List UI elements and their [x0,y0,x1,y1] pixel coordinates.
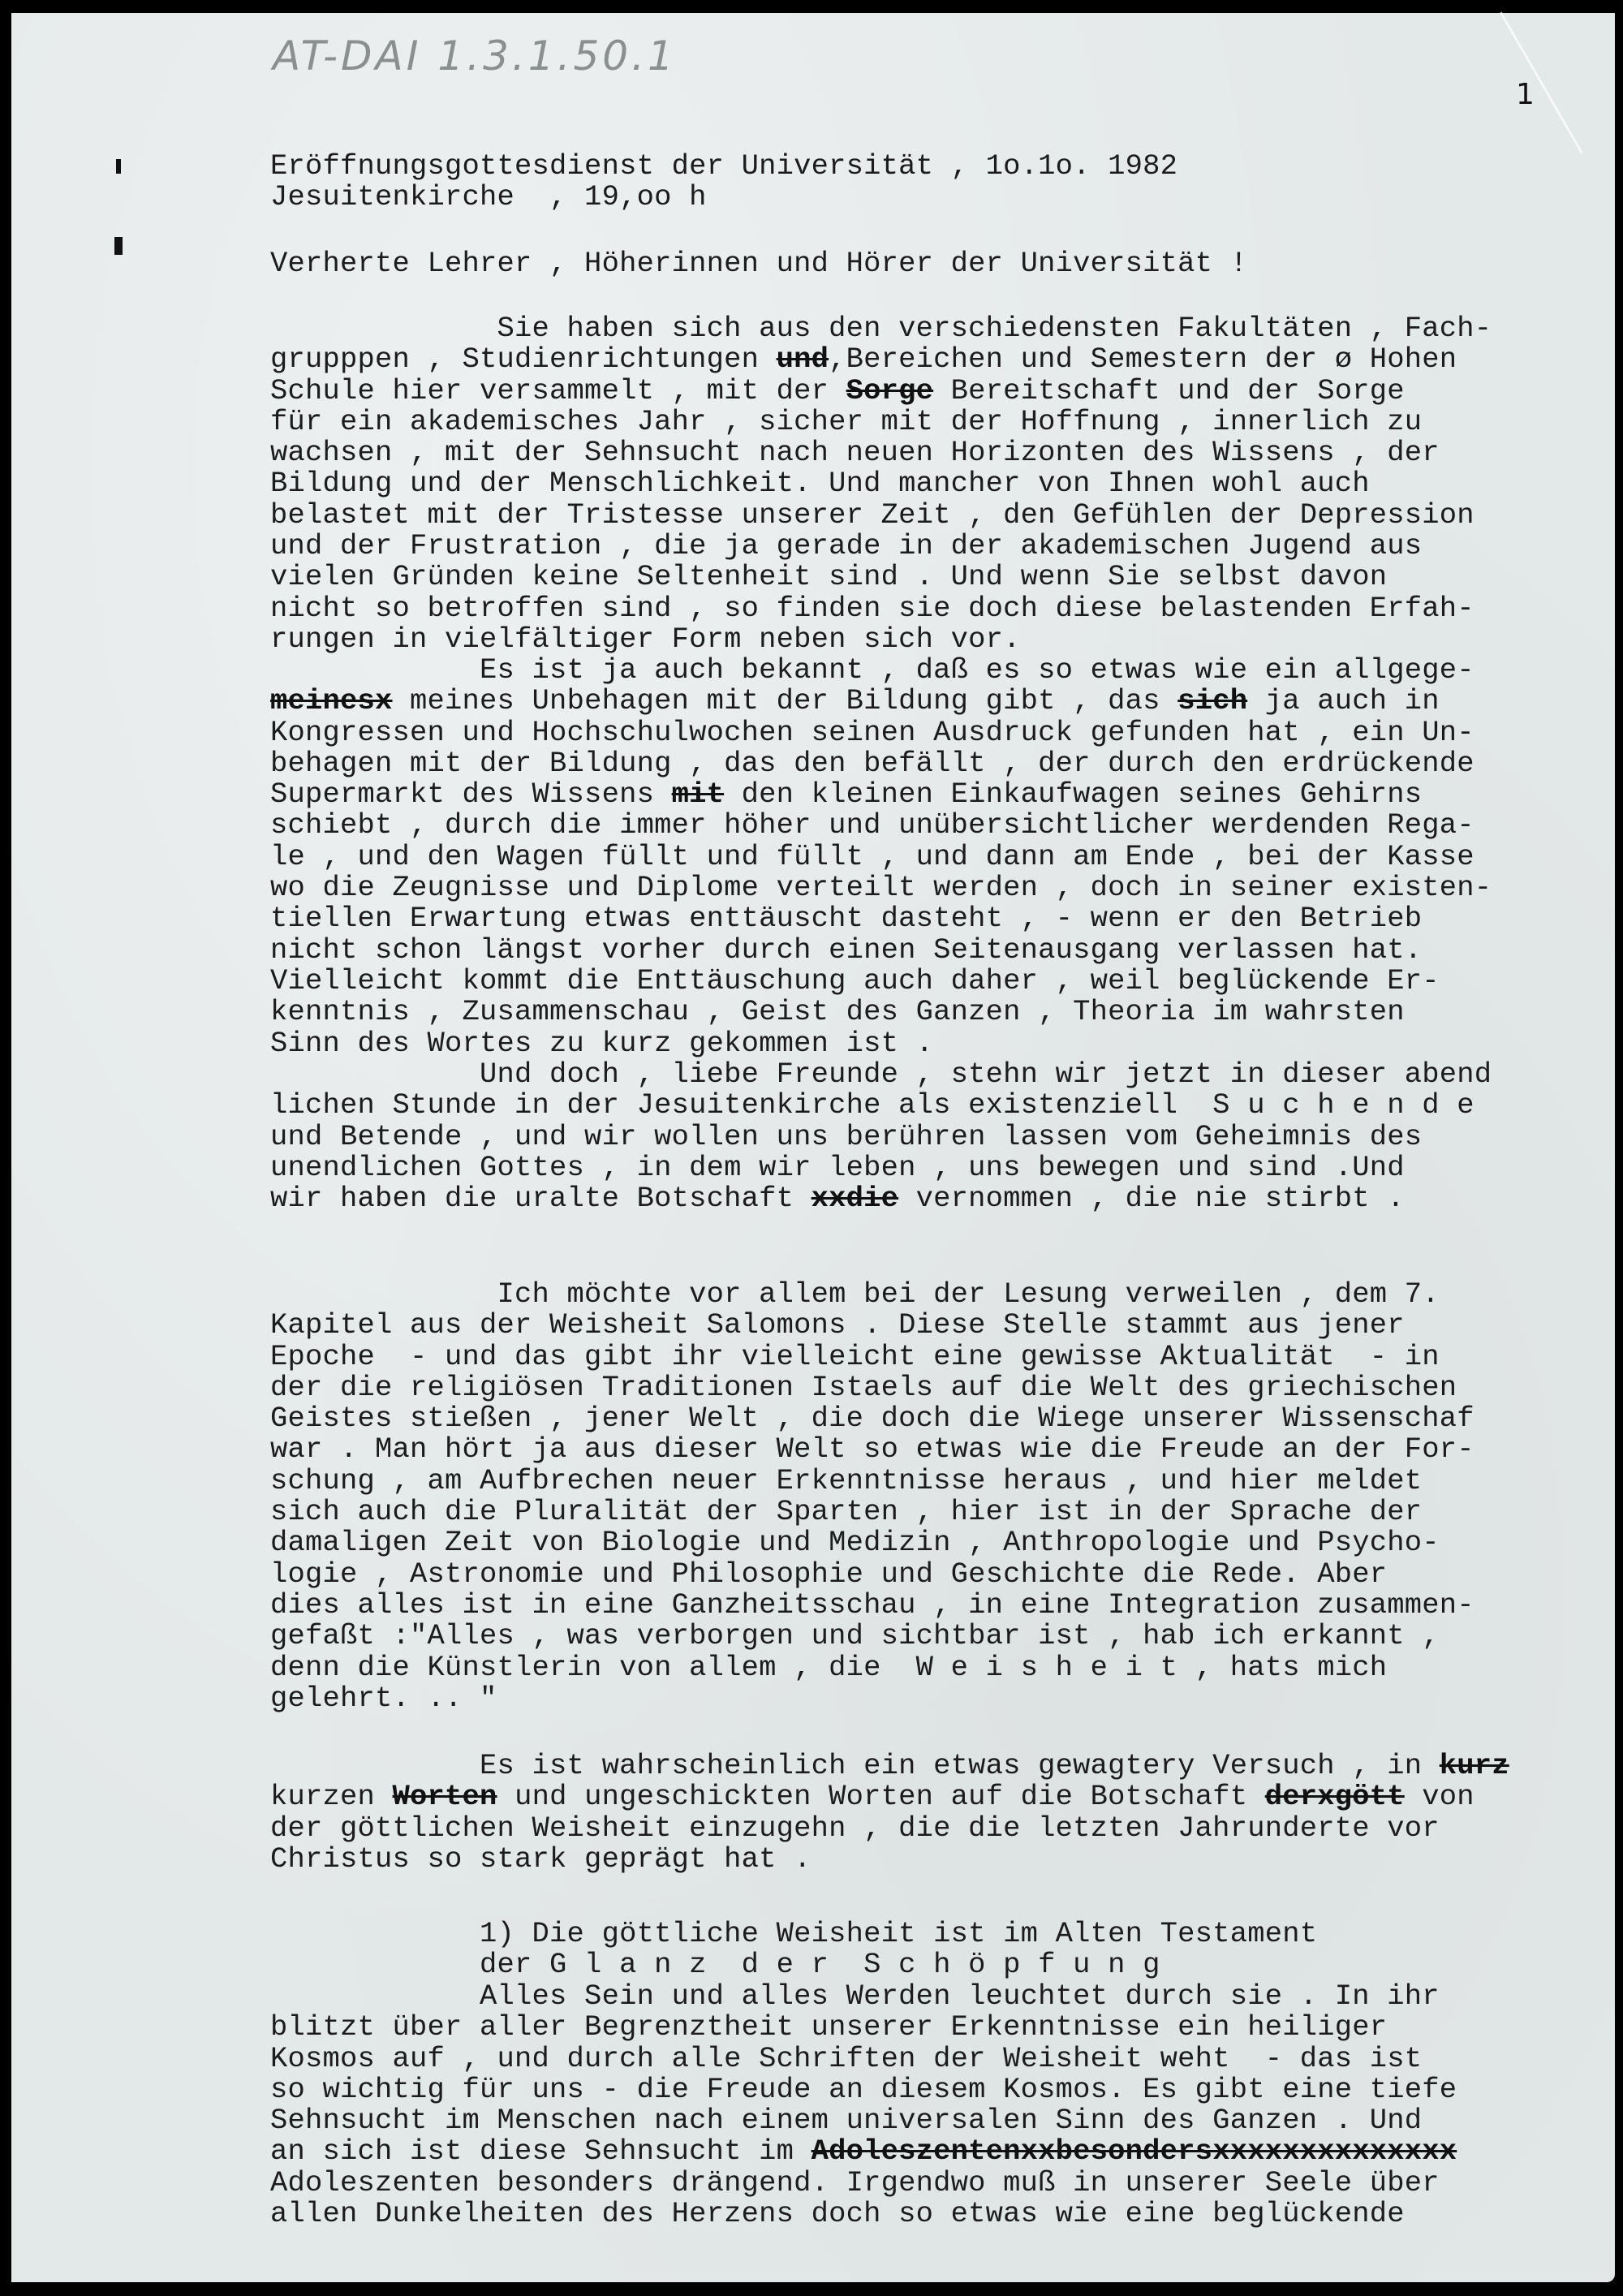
struck-out-text: und [777,342,829,376]
text-line: wachsen , mit der Sehnsucht nach neuen H… [270,437,1492,468]
text-line: Sehnsucht im Menschen nach einem univers… [270,2105,1457,2136]
text-line: damaligen Zeit von Biologie und Medizin … [270,1527,1474,1558]
section-heading-2: der G l a n z d e r S c h ö p f u n g [270,1949,1160,1980]
text-line: meinesx meines Unbehagen mit der Bildung… [270,686,1492,717]
text-line: tiellen Erwartung etwas enttäuscht daste… [270,903,1492,934]
text-segment: meines Unbehagen mit der Bildung gibt , … [393,684,1178,717]
text-segment: Bereitschaft und der Sorge [933,374,1405,407]
text-segment: grupppen , Studienrichtungen [270,342,777,376]
text-line: und Betende , und wir wollen uns berühre… [270,1122,1492,1152]
text-line: Kapitel aus der Weisheit Salomons . Dies… [270,1310,1474,1341]
salutation: Verherte Lehrer , Höherinnen und Hörer d… [270,248,1247,279]
text-segment: kurzen [270,1780,393,1813]
text-line: kenntnis , Zusammenschau , Geist des Gan… [270,997,1492,1027]
text-segment: Schule hier versammelt , mit der [270,374,846,407]
typed-text: Eröffnungsgottesdienst der Universität ,… [270,0,1617,435]
text-line: Es ist wahrscheinlich ein etwas gewagter… [270,1751,1509,1781]
section-heading-1: 1) Die göttliche Weisheit ist im Alten T… [270,1919,1317,1949]
text-line: nicht schon längst vorher durch einen Se… [270,935,1492,966]
text-line: Geistes stießen , jener Welt , die doch … [270,1403,1474,1434]
text-line: Schule hier versammelt , mit der Sorge B… [270,376,1492,407]
struck-out-text: kurz [1440,1749,1509,1782]
text-segment: den kleinen Einkaufwagen seines Gehirns [724,778,1422,811]
text-line: an sich ist diese Sehnsucht im Adoleszen… [270,2136,1457,2167]
header-line-2: Jesuitenkirche , 19,oo h [270,182,707,213]
text-line: Kongressen und Hochschulwochen seinen Au… [270,717,1492,748]
text-line: nicht so betroffen sind , so finden sie … [270,593,1492,624]
text-line: denn die Künstlerin von allem , die W e … [270,1652,1474,1683]
text-line: gelehrt. .. " [270,1683,1474,1714]
text-line: Alles Sein und alles Werden leuchtet dur… [270,1981,1457,2012]
text-line: Und doch , liebe Freunde , stehn wir jet… [270,1059,1492,1090]
text-line: wir haben die uralte Botschaft xxdie ver… [270,1183,1492,1214]
text-line: sich auch die Pluralität der Sparten , h… [270,1497,1474,1527]
text-line: und der Frustration , die ja gerade in d… [270,531,1492,562]
paragraph-2: Es ist ja auch bekannt , daß es so etwas… [270,655,1492,1059]
text-line: belastet mit der Tristesse unserer Zeit … [270,500,1492,531]
text-line: der die religiösen Traditionen Istaels a… [270,1372,1474,1403]
text-line: Christus so stark geprägt hat . [270,1844,1509,1875]
text-segment: Supermarkt des Wissens [270,778,672,811]
text-line: unendlichen Gottes , in dem wir leben , … [270,1152,1492,1183]
text-line: Supermarkt des Wissens mit den kleinen E… [270,779,1492,810]
struck-out-text: Adoleszentenxxbesondersxxxxxxxxxxxxxx [811,2134,1457,2168]
text-line: logie , Astronomie und Philosophie und G… [270,1559,1474,1590]
struck-out-text: xxdie [811,1182,899,1215]
text-segment: vernommen , die nie stirbt . [898,1182,1405,1215]
struck-out-text: meinesx [270,684,393,717]
text-segment: ,Bereichen und Semestern der ø Hohen [829,342,1457,376]
text-line: Ich möchte vor allem bei der Lesung verw… [270,1279,1474,1310]
struck-out-text: Sorge [846,374,934,407]
text-line: Bildung und der Menschlichkeit. Und manc… [270,468,1492,499]
text-line: kurzen Worten und ungeschickten Worten a… [270,1781,1509,1812]
text-line: Kosmos auf , und durch alle Schriften de… [270,2044,1457,2074]
header-line-1: Eröffnungsgottesdienst der Universität ,… [270,151,1177,182]
text-line: schiebt , durch die immer höher und unüb… [270,810,1492,841]
text-line: für ein akademisches Jahr , sicher mit d… [270,407,1492,437]
text-line: Vielleicht kommt die Enttäuschung auch d… [270,966,1492,997]
text-line: lichen Stunde in der Jesuitenkirche als … [270,1090,1492,1121]
text-line: wo die Zeugnisse und Diplome verteilt we… [270,872,1492,903]
paragraph-1: Sie haben sich aus den verschiedensten F… [270,313,1492,655]
paragraph-4: Ich möchte vor allem bei der Lesung verw… [270,1279,1474,1714]
text-line: le , und den Wagen füllt und füllt , und… [270,842,1492,872]
text-segment: an sich ist diese Sehnsucht im [270,2134,811,2168]
text-line: der göttlichen Weisheit einzugehn , die … [270,1813,1509,1844]
text-line: Sinn des Wortes zu kurz gekommen ist . [270,1028,1492,1059]
text-line: so wichtig für uns - die Freude an diese… [270,2074,1457,2105]
text-segment: und ungeschickten Worten auf die Botscha… [497,1780,1265,1813]
margin-mark-top [116,159,121,174]
text-segment: von [1405,1780,1474,1813]
struck-out-text: Worten [393,1780,497,1813]
text-line: rungen in vielfältiger Form neben sich v… [270,624,1492,655]
text-segment: ja auch in [1247,684,1440,717]
text-line: Es ist ja auch bekannt , daß es so etwas… [270,655,1492,686]
text-line: war . Man hört ja aus dieser Welt so etw… [270,1434,1474,1465]
paragraph-5: Es ist wahrscheinlich ein etwas gewagter… [270,1751,1509,1875]
paragraph-3: Und doch , liebe Freunde , stehn wir jet… [270,1059,1492,1214]
text-line: schung , am Aufbrechen neuer Erkenntniss… [270,1466,1474,1497]
struck-out-text: sich [1177,684,1247,717]
text-line: blitzt über aller Begrenztheit unserer E… [270,2012,1457,2043]
text-line: gefaßt :"Alles , was verborgen und sicht… [270,1621,1474,1652]
struck-out-text: derxgött [1265,1780,1405,1813]
margin-mark-bottom [114,237,123,255]
text-line: behagen mit der Bildung , das den befäll… [270,748,1492,779]
text-line: dies alles ist in eine Ganzheitsschau , … [270,1590,1474,1621]
text-line: Adoleszenten besonders drängend. Irgendw… [270,2168,1457,2199]
text-line: Sie haben sich aus den verschiedensten F… [270,313,1492,344]
text-line: allen Dunkelheiten des Herzens doch so e… [270,2199,1457,2229]
text-line: Epoche - und das gibt ihr vielleicht ein… [270,1342,1474,1372]
section-1-body: Alles Sein und alles Werden leuchtet dur… [270,1981,1457,2229]
struck-out-text: mit [672,778,725,811]
text-segment: wir haben die uralte Botschaft [270,1182,811,1215]
text-line: grupppen , Studienrichtungen und,Bereich… [270,344,1492,375]
text-line: vielen Gründen keine Seltenheit sind . U… [270,562,1492,592]
text-segment: Es ist wahrscheinlich ein etwas gewagter… [270,1749,1440,1782]
